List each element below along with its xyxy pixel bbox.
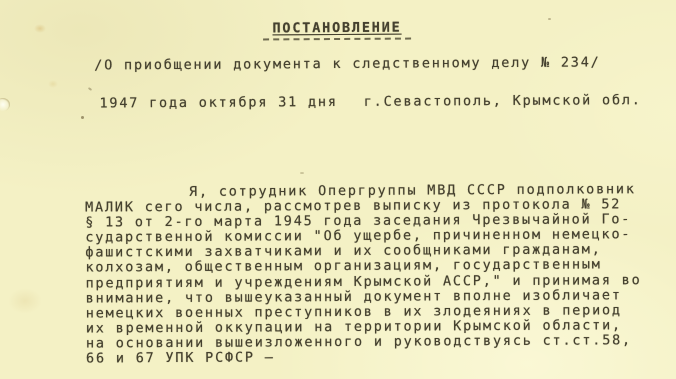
title-underline <box>263 38 411 41</box>
case-reference-line: /О приобщении документа к следственному … <box>94 54 600 73</box>
document-content: ПОСТАНОВЛЕНИЕ /О приобщении документа к … <box>0 0 676 379</box>
date-text: 1947 года октября 31 дня <box>99 94 337 111</box>
dateline: 1947 года октября 31 дняг.Севастополь, К… <box>99 92 641 111</box>
document-title: ПОСТАНОВЛЕНИЕ <box>272 20 401 37</box>
body-line: 66 и 67 УПК РСФСР – <box>86 348 661 367</box>
document-body: Я, сотрудник Опергруппы МВД СССР подполк… <box>85 182 661 367</box>
document-title-block: ПОСТАНОВЛЕНИЕ <box>0 15 675 42</box>
place-text: г.Севастополь, Крымской обл. <box>364 92 642 110</box>
document-page: ПОСТАНОВЛЕНИЕ /О приобщении документа к … <box>0 0 676 379</box>
